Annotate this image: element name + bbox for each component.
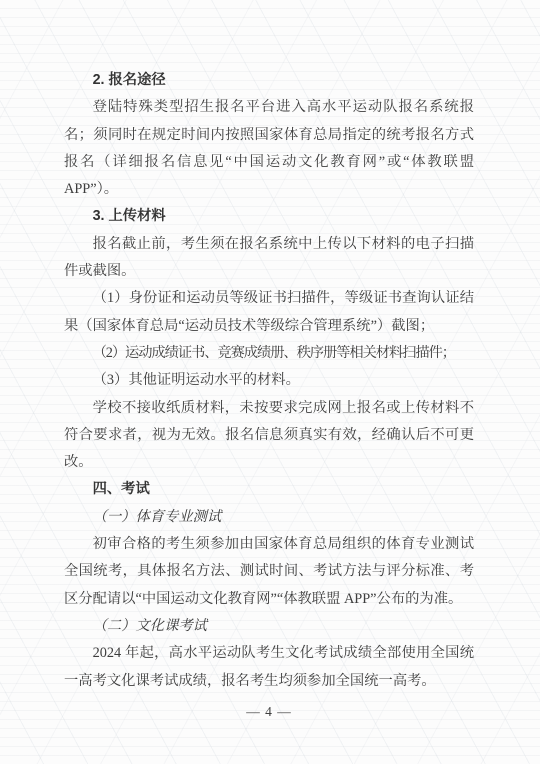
page-number: — 4 —	[64, 704, 474, 720]
doc-paragraph-item-3: （3）其他证明运动水平的材料。	[64, 367, 474, 394]
doc-paragraph-item-2: （2）运动成绩证书、竞赛成绩册、秩序册等相关材料扫描件；	[64, 340, 474, 367]
doc-paragraph: 报名截止前，考生须在报名系统中上传以下材料的电子扫描件或截图。	[64, 231, 474, 286]
document-page: 2. 报名途径 登陆特殊类型招生报名平台进入高水平运动队报名系统报名；须同时在规…	[0, 0, 540, 764]
doc-paragraph: 登陆特殊类型招生报名平台进入高水平运动队报名系统报名；须同时在规定时间内按照国家…	[64, 94, 474, 203]
doc-paragraph: 初审合格的考生须参加由国家体育总局组织的体育专业测试全国统考，具体报名方法、测试…	[64, 531, 474, 613]
subheading-sports-test: （一）体育专业测试	[64, 504, 474, 531]
section-heading-registration-route: 2. 报名途径	[64, 67, 474, 94]
doc-paragraph: 2024 年起，高水平运动队考生文化考试成绩全部使用全国统一高考文化课考试成绩，…	[64, 640, 474, 695]
section-heading-upload-materials: 3. 上传材料	[64, 203, 474, 230]
doc-paragraph: 学校不接收纸质材料，未按要求完成网上报名或上传材料不符合要求者，视为无效。报名信…	[64, 395, 474, 477]
subheading-culture-exam: （二）文化课考试	[64, 613, 474, 640]
section-heading-examination: 四、考试	[64, 476, 474, 503]
doc-paragraph-item-1: （1）身份证和运动员等级证书扫描件，等级证书查询认证结果（国家体育总局“运动员技…	[64, 285, 474, 340]
